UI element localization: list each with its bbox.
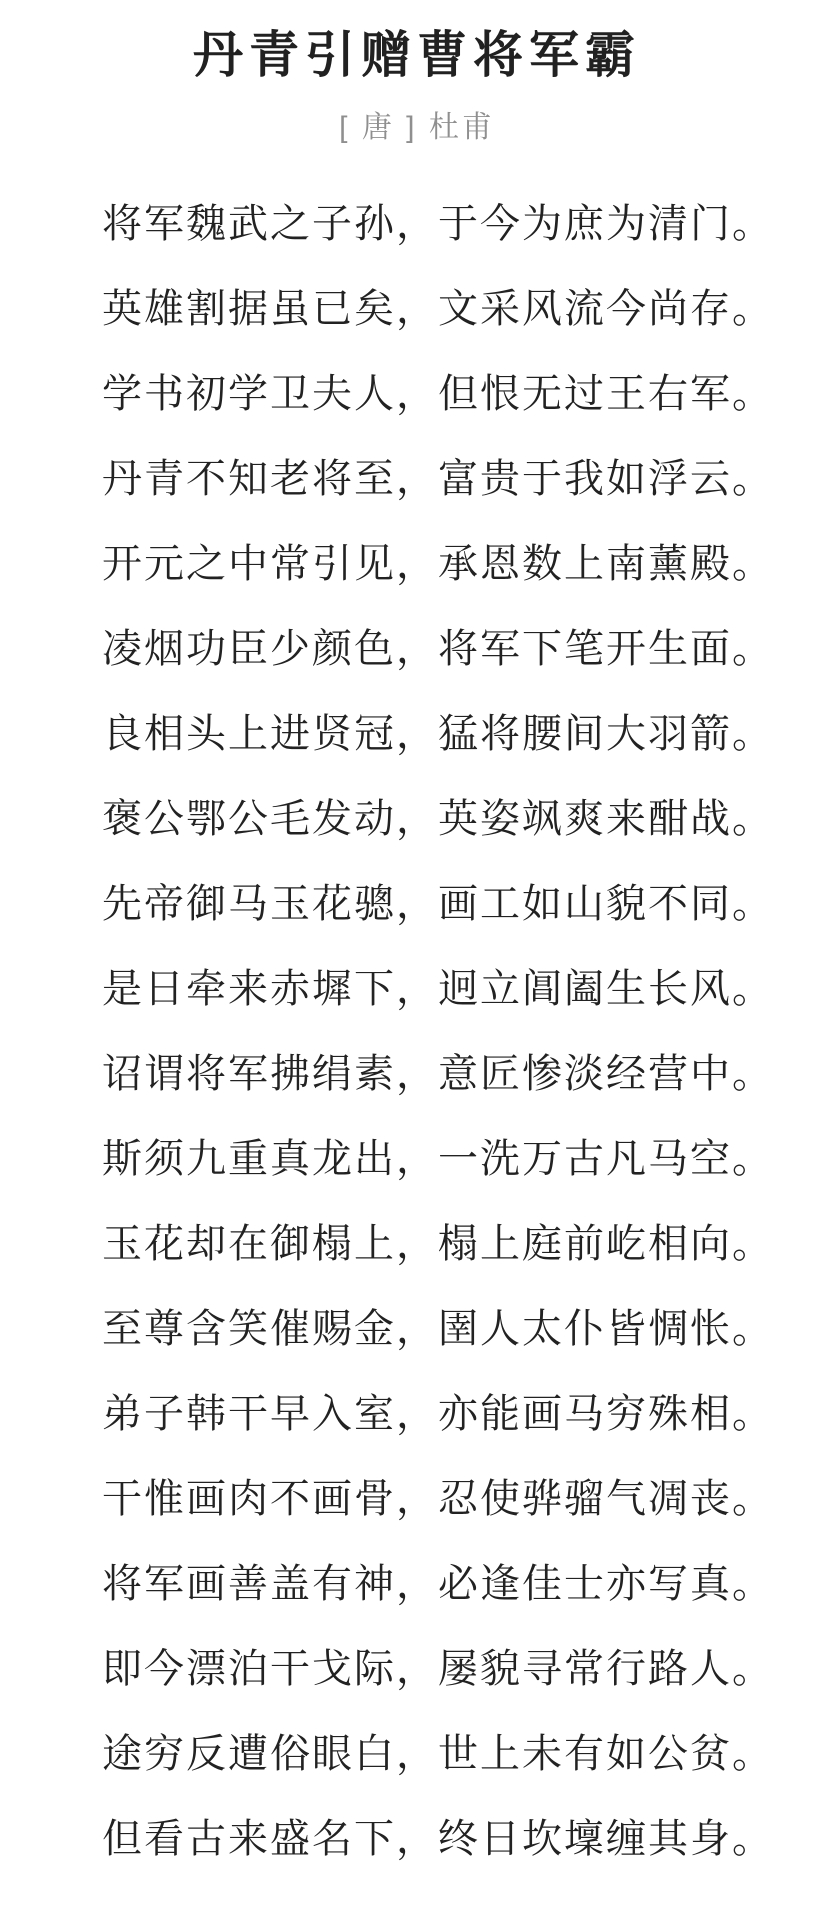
poem-author: [ 唐 ] 杜甫: [0, 110, 834, 146]
poem-line: 斯须九重真龙出，一洗万古凡马空。: [102, 1139, 794, 1179]
poem-line: 凌烟功臣少颜色，将军下笔开生面。: [102, 629, 794, 669]
poem-line: 学书初学卫夫人，但恨无过王右军。: [102, 374, 794, 414]
poem-line: 是日牵来赤墀下，迥立阊阖生长风。: [102, 969, 794, 1009]
poem-line: 弟子韩干早入室，亦能画马穷殊相。: [102, 1394, 794, 1434]
poem-line: 途穷反遭俗眼白，世上未有如公贫。: [102, 1734, 794, 1774]
poem-line: 即今漂泊干戈际，屡貌寻常行路人。: [102, 1649, 794, 1689]
poem-line: 玉花却在御榻上，榻上庭前屹相向。: [102, 1224, 794, 1264]
poem-line: 褒公鄂公毛发动，英姿飒爽来酣战。: [102, 799, 794, 839]
poem-line: 至尊含笑催赐金，圉人太仆皆惆怅。: [102, 1309, 794, 1349]
poem-line: 丹青不知老将至，富贵于我如浮云。: [102, 459, 794, 499]
poem-page: 丹青引赠曹将军霸 [ 唐 ] 杜甫 将军魏武之子孙，于今为庶为清门。英雄割据虽已…: [0, 0, 834, 1912]
poem-line: 但看古来盛名下，终日坎壈缠其身。: [102, 1819, 794, 1859]
poem-line: 将军画善盖有神，必逢佳士亦写真。: [102, 1564, 794, 1604]
poem-line: 开元之中常引见，承恩数上南薰殿。: [102, 544, 794, 584]
poem-line: 良相头上进贤冠，猛将腰间大羽箭。: [102, 714, 794, 754]
poem-line: 诏谓将军拂绢素，意匠惨淡经营中。: [102, 1054, 794, 1094]
poem-line: 英雄割据虽已矣，文采风流今尚存。: [102, 289, 794, 329]
poem-line: 将军魏武之子孙，于今为庶为清门。: [102, 204, 794, 244]
poem-line: 先帝御马玉花骢，画工如山貌不同。: [102, 884, 794, 924]
poem-body: 将军魏武之子孙，于今为庶为清门。英雄割据虽已矣，文采风流今尚存。学书初学卫夫人，…: [0, 204, 834, 1859]
poem-title: 丹青引赠曹将军霸: [0, 0, 834, 86]
poem-line: 干惟画肉不画骨，忍使骅骝气凋丧。: [102, 1479, 794, 1519]
